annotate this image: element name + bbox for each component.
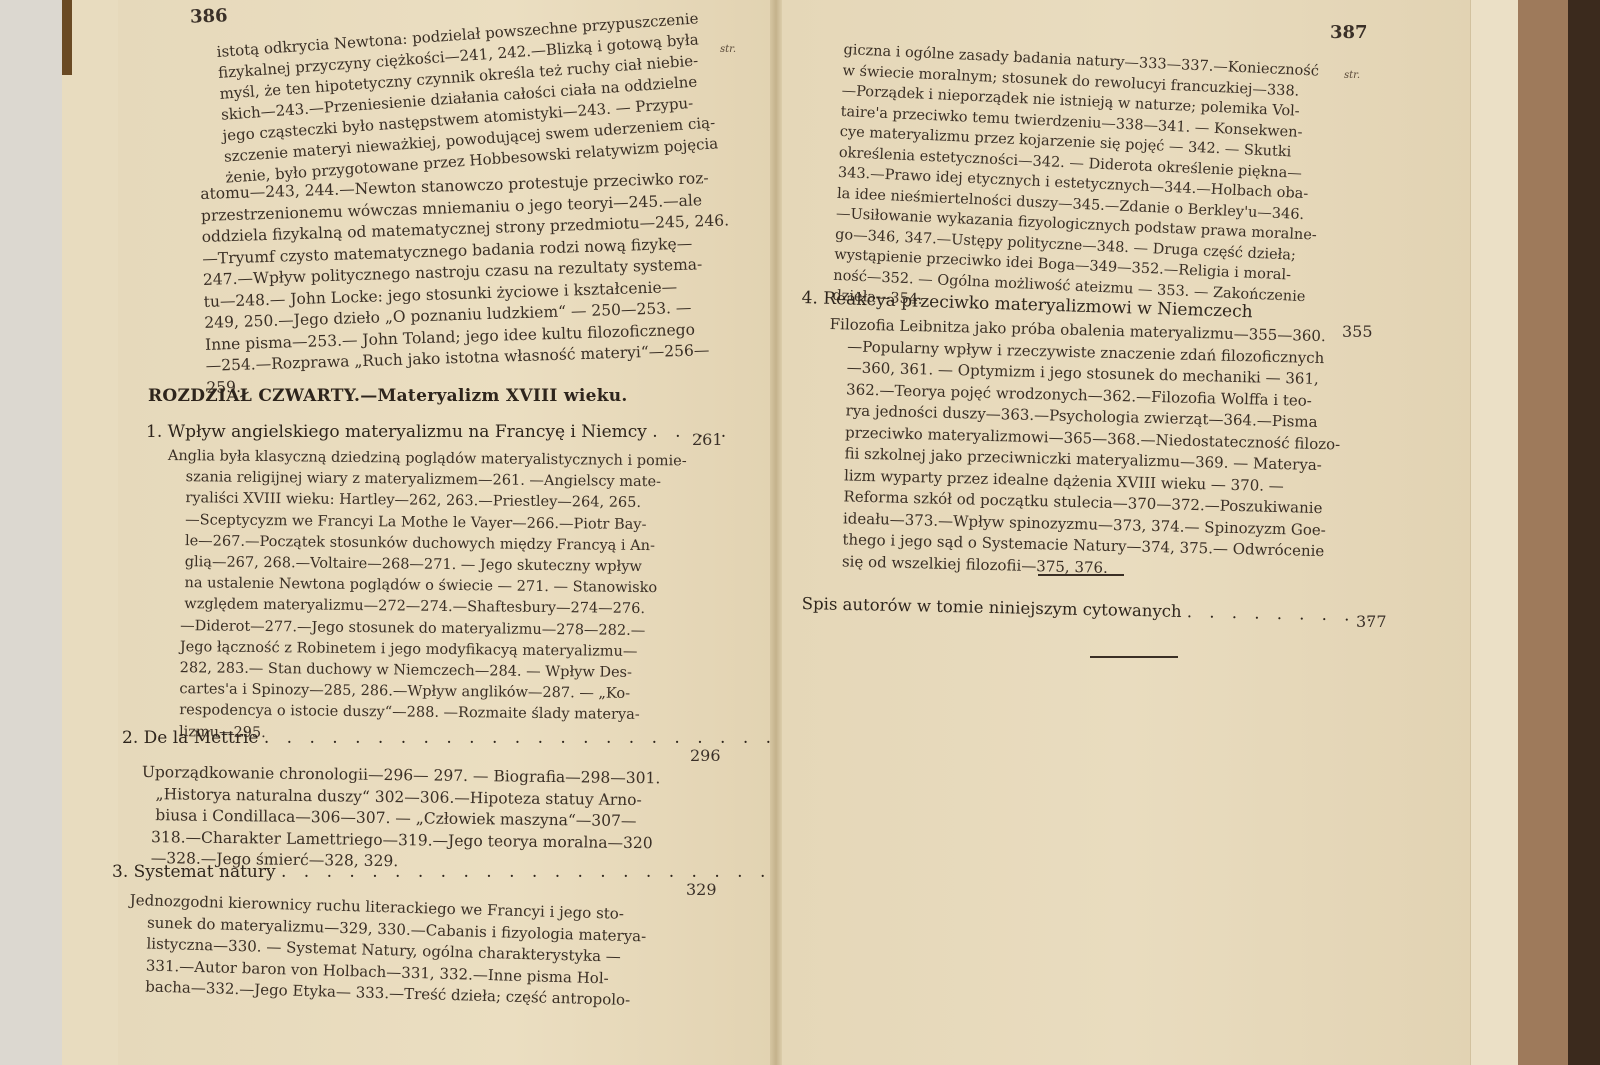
right-page-stack [1470,0,1519,1065]
section-title: De la Mettrie [144,728,259,748]
dot-leader: . . . . . . . . . . . . . . . . . . . . … [281,862,794,882]
section-page-ref: 261 [692,430,723,449]
section-page-ref: 355 [1342,322,1373,341]
book-cover-edge [1518,0,1568,1065]
toc-entry-section-2[interactable]: 2. De la Mettrie . . . . . . . . . . . .… [122,728,777,748]
divider-rule [1090,656,1178,658]
left-page-stack [62,0,123,1065]
toc-entry-author-index[interactable]: Spis autorów w tomie niniejszym cytowany… [802,594,1379,625]
section-4-summary: Filozofia Leibnitza jako próba obalenia … [824,314,1330,584]
section-number: 1. [146,422,162,442]
page-number-right: 387 [1330,22,1368,43]
section-1-summary: Anglia była klasyczną dziedziną poglądów… [165,446,688,748]
chapter-heading: ROZDZIAŁ CZWARTY.—Materyalizm XVIII wiek… [148,386,628,406]
page-number-left: 386 [190,5,228,27]
section-page-ref: 296 [690,746,721,765]
divider-rule [1038,574,1124,576]
book-gutter [770,0,782,1065]
section-3-summary: Jednozgodni kierownicy ruchu literackieg… [127,890,670,1013]
right-page: 387 str. giczna i ogólne zasady badania … [782,0,1472,1065]
left-page: 386 str. istotą odkrycia Newtona: podzie… [118,0,773,1065]
section-page-ref: 329 [686,880,717,899]
dot-leader: . . . . . . . . . [1187,602,1379,625]
column-label-right: str. [1344,70,1360,81]
section-title: Systemat natury [134,862,276,882]
index-title: Spis autorów w tomie niniejszym cytowany… [802,594,1182,621]
section-number: 2. [122,728,138,748]
column-label-left: str. [720,44,736,55]
continuation-text-left-lower: atomu—243, 244.—Newton stanowczo protest… [200,168,707,399]
toc-entry-section-1[interactable]: 1. Wpływ angielskiego materyalizmu na Fr… [146,422,732,442]
toc-entry-section-3[interactable]: 3. Systemat natury . . . . . . . . . . .… [112,862,794,882]
section-title: Wpływ angielskiego materyalizmu na Franc… [168,422,647,442]
dot-leader: . . . . . . . . . . . . . . . . . . . . … [264,728,777,748]
index-page-ref: 377 [1356,612,1387,631]
section-2-summary: Uporządkowanie chronologii—296— 297. — B… [141,762,682,876]
continuation-text-right: giczna i ogólne zasady badania natury—33… [832,40,1334,328]
book-cover-spine [1568,0,1600,1065]
section-number: 4. [801,288,818,309]
section-number: 3. [112,862,128,882]
background-surface [0,0,62,1065]
left-cover-edge [62,0,72,75]
continuation-text-left: istotą odkrycia Newtona: podzielał powsz… [216,9,705,189]
